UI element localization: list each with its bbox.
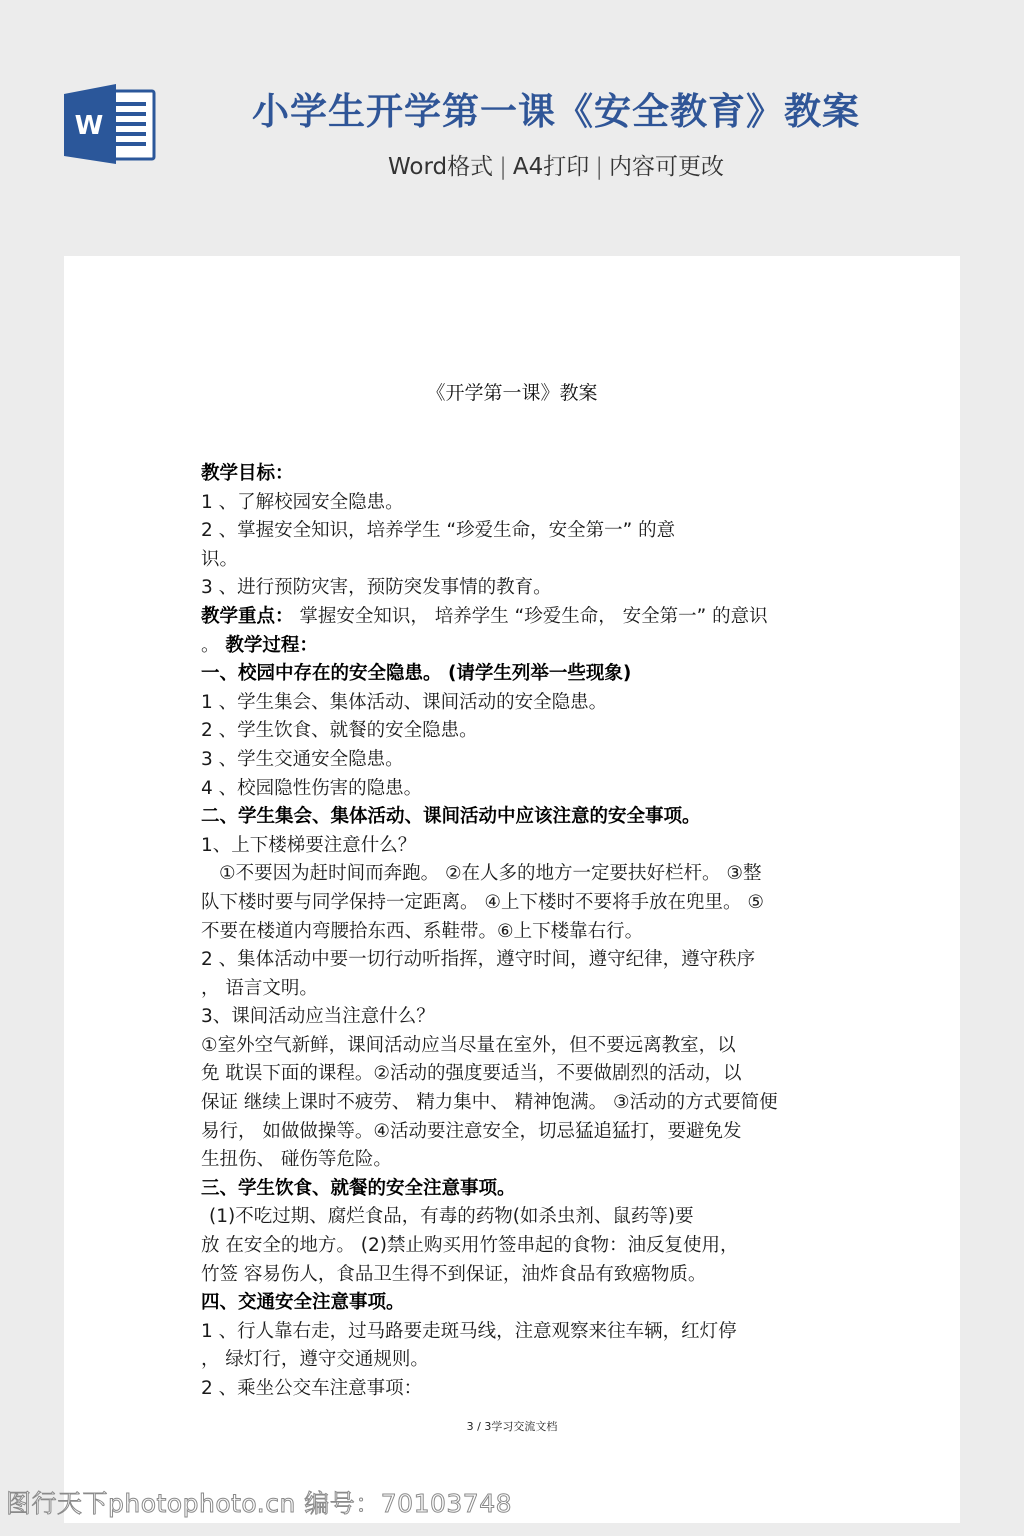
- document-line: 队下楼时要与同学保持一定距离。 ④上下楼时不要将手放在兜里。 ⑤: [201, 889, 831, 918]
- banner-title: 小学生开学第一课《安全教育》教案: [236, 92, 876, 133]
- body-text: ①不要因为赶时间而奔跑。 ②在人多的地方一定要扶好栏杆。 ③整: [219, 863, 762, 884]
- document-line: ①不要因为赶时间而奔跑。 ②在人多的地方一定要扶好栏杆。 ③整: [201, 860, 831, 889]
- document-line: 竹签 容易伤人，食品卫生得不到保证，油炸食品有致癌物质。: [201, 1261, 831, 1290]
- body-text: 3 、学生交通安全隐患。: [201, 749, 404, 770]
- body-text: 2 、乘坐公交车注意事项：: [201, 1378, 422, 1399]
- heading-text: 教学重点：: [201, 606, 294, 627]
- body-text: 。: [201, 635, 225, 656]
- body-text: 1 、了解校园安全隐患。: [201, 492, 404, 513]
- document-line: 三、学生饮食、就餐的安全注意事项。: [201, 1175, 831, 1204]
- document-line: 不要在楼道内弯腰拾东西、系鞋带。⑥上下楼靠右行。: [201, 918, 831, 947]
- document-line: 3、课间活动应当注意什么？: [201, 1003, 831, 1032]
- document-line: 免 耽误下面的课程。②活动的强度要适当，不要做剧烈的活动，以: [201, 1060, 831, 1089]
- document-line: 保证 继续上课时不疲劳、 精力集中、 精神饱满。 ③活动的方式要简便: [201, 1089, 831, 1118]
- word-icon: W: [64, 82, 156, 166]
- document-line: 教学目标：: [201, 460, 831, 489]
- heading-text: 教学过程：: [225, 635, 318, 656]
- document-line: 生扭伤、 碰伤等危险。: [201, 1146, 831, 1175]
- document-line: ， 语言文明。: [201, 975, 831, 1004]
- document-line: 2 、掌握安全知识，培养学生 “珍爱生命，安全第一” 的意: [201, 517, 831, 546]
- document-line: 教学重点： 掌握安全知识， 培养学生 “珍爱生命， 安全第一” 的意识: [201, 603, 831, 632]
- body-text: 保证 继续上课时不疲劳、 精力集中、 精神饱满。 ③活动的方式要简便: [201, 1092, 778, 1113]
- body-text: 竹签 容易伤人，食品卫生得不到保证，油炸食品有致癌物质。: [201, 1264, 706, 1285]
- document-line: ①室外空气新鲜，课间活动应当尽量在室外，但不要远离教室，以: [201, 1032, 831, 1061]
- heading-text: 二、学生集会、集体活动、课间活动中应该注意的安全事项。: [201, 806, 701, 827]
- heading-text: 三、学生饮食、就餐的安全注意事项。: [201, 1178, 516, 1199]
- body-text: 识。: [201, 549, 238, 570]
- body-text: 3 、进行预防灾害，预防突发事情的教育。: [201, 577, 552, 598]
- heading-text: 教学目标：: [201, 463, 294, 484]
- body-text: 4 、校园隐性伤害的隐患。: [201, 778, 422, 799]
- document-line: ， 绿灯行，遵守交通规则。: [201, 1346, 831, 1375]
- body-text: 掌握安全知识， 培养学生 “珍爱生命， 安全第一” 的意识: [294, 606, 768, 627]
- banner-subtitle: Word格式|A4打印|内容可更改: [236, 154, 876, 182]
- body-text: (1)不吃过期、腐烂食品，有毒的药物(如杀虫剂、鼠药等)要: [209, 1206, 694, 1227]
- document-title: 《开学第一课》教案: [0, 378, 1024, 405]
- subtitle-format: Word格式: [388, 154, 493, 180]
- watermark: 图行天下photophoto.cn 编号：70103748: [6, 1491, 512, 1516]
- page-footer: 3 / 3学习交流文档: [0, 1418, 1024, 1434]
- document-line: 2 、学生饮食、就餐的安全隐患。: [201, 717, 831, 746]
- body-text: 不要在楼道内弯腰拾东西、系鞋带。⑥上下楼靠右行。: [201, 921, 643, 942]
- body-text: 免 耽误下面的课程。②活动的强度要适当，不要做剧烈的活动，以: [201, 1063, 741, 1084]
- document-line: 二、学生集会、集体活动、课间活动中应该注意的安全事项。: [201, 803, 831, 832]
- document-line: 1 、学生集会、集体活动、课间活动的安全隐患。: [201, 689, 831, 718]
- body-text: 队下楼时要与同学保持一定距离。 ④上下楼时不要将手放在兜里。 ⑤: [201, 892, 764, 913]
- document-line: 2 、乘坐公交车注意事项：: [201, 1375, 831, 1404]
- heading-text: 一、校园中存在的安全隐患。 (请学生列举一些现象): [201, 663, 631, 684]
- body-text: 1 、学生集会、集体活动、课间活动的安全隐患。: [201, 692, 607, 713]
- body-text: 易行， 如做做操等。④活动要注意安全，切忌猛追猛打，要避免发: [201, 1121, 741, 1142]
- subtitle-separator: |: [493, 154, 513, 180]
- body-text: ①室外空气新鲜，课间活动应当尽量在室外，但不要远离教室，以: [201, 1035, 736, 1056]
- document-line: 3 、学生交通安全隐患。: [201, 746, 831, 775]
- document-line: (1)不吃过期、腐烂食品，有毒的药物(如杀虫剂、鼠药等)要: [201, 1203, 831, 1232]
- body-text: 放 在安全的地方。 (2)禁止购买用竹签串起的食物：油反复使用，: [201, 1235, 738, 1256]
- subtitle-editable: 内容可更改: [609, 154, 724, 180]
- document-line: 识。: [201, 546, 831, 575]
- body-text: 2 、掌握安全知识，培养学生 “珍爱生命，安全第一” 的意: [201, 520, 675, 541]
- document-body: 教学目标：1 、了解校园安全隐患。2 、掌握安全知识，培养学生 “珍爱生命，安全…: [201, 460, 831, 1404]
- document-line: 1 、行人靠右走，过马路要走斑马线，注意观察来往车辆，红灯停: [201, 1318, 831, 1347]
- body-text: 1、上下楼梯要注意什么？: [201, 835, 416, 856]
- document-line: 4 、校园隐性伤害的隐患。: [201, 775, 831, 804]
- document-line: 3 、进行预防灾害，预防突发事情的教育。: [201, 574, 831, 603]
- document-line: 放 在安全的地方。 (2)禁止购买用竹签串起的食物：油反复使用，: [201, 1232, 831, 1261]
- document-line: 。 教学过程：: [201, 632, 831, 661]
- body-text: ， 语言文明。: [201, 978, 318, 999]
- body-text: 3、课间活动应当注意什么？: [201, 1006, 435, 1027]
- document-line: 一、校园中存在的安全隐患。 (请学生列举一些现象): [201, 660, 831, 689]
- document-line: 易行， 如做做操等。④活动要注意安全，切忌猛追猛打，要避免发: [201, 1118, 831, 1147]
- document-line: 1、上下楼梯要注意什么？: [201, 832, 831, 861]
- body-text: 生扭伤、 碰伤等危险。: [201, 1149, 392, 1170]
- heading-text: 四、交通安全注意事项。: [201, 1292, 405, 1313]
- document-line: 2 、集体活动中要一切行动听指挥，遵守时间，遵守纪律，遵守秩序: [201, 946, 831, 975]
- subtitle-print: A4打印: [513, 154, 589, 180]
- body-text: 2 、学生饮食、就餐的安全隐患。: [201, 720, 478, 741]
- body-text: 2 、集体活动中要一切行动听指挥，遵守时间，遵守纪律，遵守秩序: [201, 949, 755, 970]
- header-banner: W 小学生开学第一课《安全教育》教案 Word格式|A4打印|内容可更改: [0, 0, 1024, 256]
- body-text: 1 、行人靠右走，过马路要走斑马线，注意观察来往车辆，红灯停: [201, 1321, 737, 1342]
- document-line: 1 、了解校园安全隐患。: [201, 489, 831, 518]
- svg-text:W: W: [75, 111, 104, 141]
- subtitle-separator: |: [589, 154, 609, 180]
- body-text: ， 绿灯行，遵守交通规则。: [201, 1349, 429, 1370]
- document-line: 四、交通安全注意事项。: [201, 1289, 831, 1318]
